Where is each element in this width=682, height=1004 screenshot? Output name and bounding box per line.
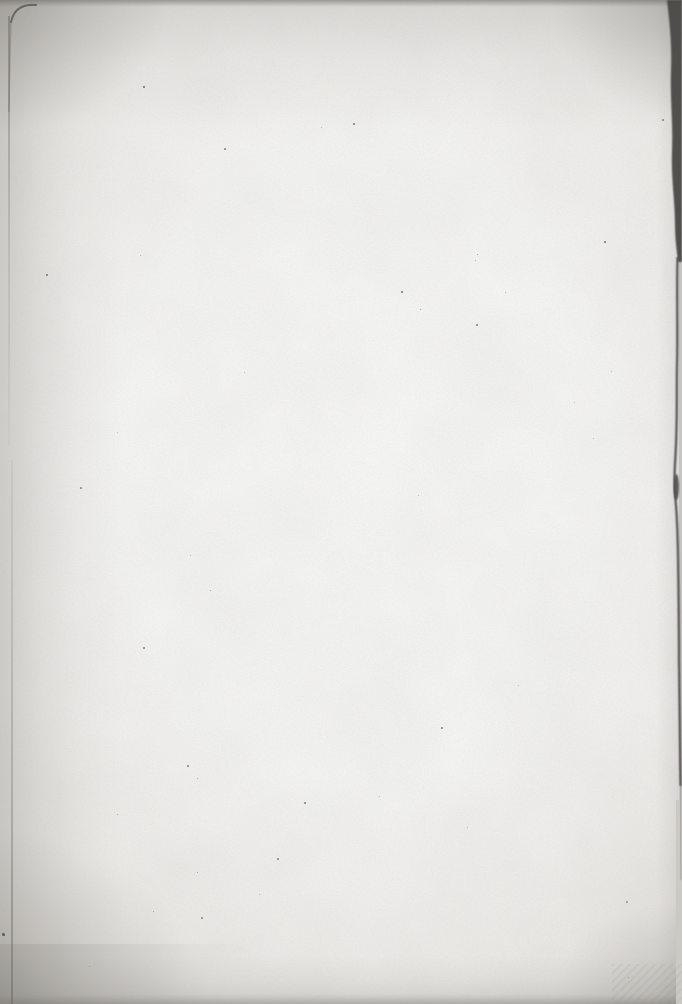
dust-speck xyxy=(304,802,306,804)
scanned-blank-page xyxy=(0,0,682,1004)
dust-speck xyxy=(477,254,478,255)
dust-speck xyxy=(224,148,226,150)
dust-specks-layer xyxy=(0,0,682,1004)
dust-speck xyxy=(46,274,48,276)
dust-speck xyxy=(143,647,145,649)
dust-speck xyxy=(190,555,191,556)
dust-speck xyxy=(467,827,468,828)
dust-speck xyxy=(476,324,478,326)
dust-speck xyxy=(201,917,203,919)
dust-speck xyxy=(626,901,628,903)
dust-speck xyxy=(321,127,322,128)
dust-speck xyxy=(140,255,141,256)
dust-speck xyxy=(628,977,629,978)
dust-speck xyxy=(80,487,82,489)
dust-speck xyxy=(420,309,421,310)
dust-speck xyxy=(418,495,419,496)
dust-speck xyxy=(259,894,260,895)
dust-speck xyxy=(187,765,189,767)
dust-speck xyxy=(604,241,606,243)
dust-speck xyxy=(574,402,575,403)
dust-speck xyxy=(505,292,506,293)
dust-speck xyxy=(89,966,90,967)
dust-speck xyxy=(197,872,198,873)
dust-speck xyxy=(197,778,198,779)
dust-speck xyxy=(143,86,145,88)
dust-speck xyxy=(2,933,5,936)
dust-speck xyxy=(379,796,380,797)
dust-speck xyxy=(475,260,476,261)
dust-speck xyxy=(153,911,154,912)
dust-speck xyxy=(117,432,118,433)
dust-speck xyxy=(611,371,612,372)
dust-speck xyxy=(210,590,211,591)
dust-speck xyxy=(662,119,664,121)
dust-speck xyxy=(518,685,519,686)
dust-speck xyxy=(593,438,594,439)
dust-speck xyxy=(401,291,403,293)
dust-speck xyxy=(277,858,279,860)
dust-speck xyxy=(441,727,443,729)
dust-speck xyxy=(117,814,118,815)
dust-speck xyxy=(244,372,245,373)
dust-speck xyxy=(353,123,355,125)
